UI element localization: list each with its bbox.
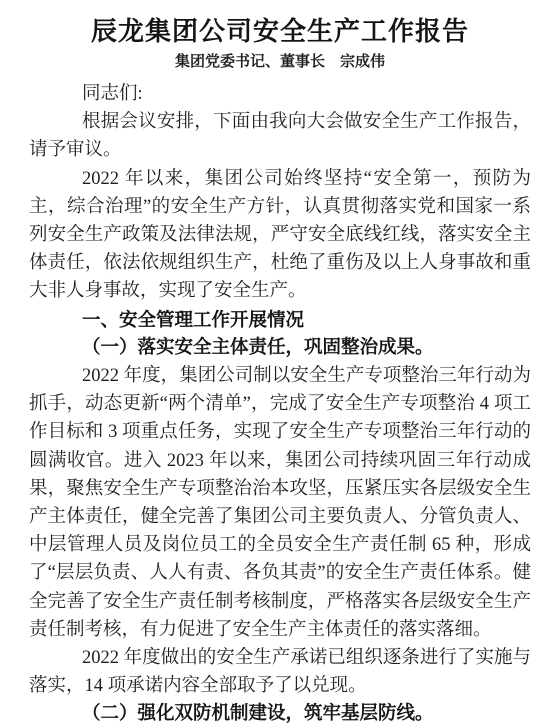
subsection-heading-1-1: （一）落实安全主体责任，巩固整治成果。 xyxy=(29,334,531,362)
paragraph-overview: 2022 年以来，集团公司始终坚持“安全第一，预防为主，综合治理”的安全生产方针… xyxy=(29,165,531,306)
document-byline: 集团党委书记、董事长 宗成伟 xyxy=(29,52,531,72)
subsection-heading-1-2: （二）强化双防机制建设，筑牢基层防线。 xyxy=(29,700,531,723)
document-page: 辰龙集团公司安全生产工作报告 集团党委书记、董事长 宗成伟 同志们: 根据会议安… xyxy=(0,0,558,723)
salutation: 同志们: xyxy=(29,80,531,108)
paragraph-responsibility: 2022 年度，集团公司制以安全生产专项整治三年行动为抓手，动态更新“两个清单”… xyxy=(29,362,531,644)
document-title: 辰龙集团公司安全生产工作报告 xyxy=(29,14,531,48)
paragraph-intro: 根据会议安排，下面由我向大会做安全生产工作报告，请予审议。 xyxy=(29,108,531,164)
paragraph-commitments: 2022 年度做出的安全生产承诺已组织逐条进行了实施与落实，14 项承诺内容全部… xyxy=(29,644,531,700)
section-heading-1: 一、安全管理工作开展情况 xyxy=(29,306,531,334)
